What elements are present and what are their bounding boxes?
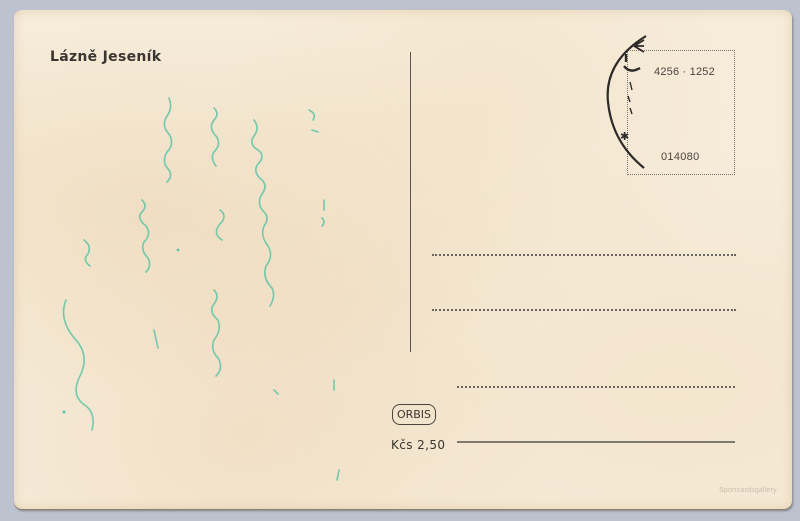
address-line-2 — [432, 309, 736, 311]
watermark-text: Sportcardsgallery — [719, 487, 777, 494]
stamp-code-bottom: 014080 — [661, 151, 700, 163]
handwritten-message — [44, 90, 364, 490]
price-label: Kčs 2,50 — [391, 438, 445, 452]
postcard: Lázně Jeseník 4256 · 1252 014080 ✱ ORBIS… — [14, 10, 792, 509]
stamp-code-top: 4256 · 1252 — [654, 66, 715, 78]
address-line-1 — [432, 254, 736, 256]
divider-line — [410, 52, 411, 352]
address-line-4 — [457, 441, 735, 443]
postcard-title: Lázně Jeseník — [50, 49, 161, 65]
publisher-logo: ORBIS — [392, 404, 436, 425]
address-line-3 — [457, 386, 735, 388]
